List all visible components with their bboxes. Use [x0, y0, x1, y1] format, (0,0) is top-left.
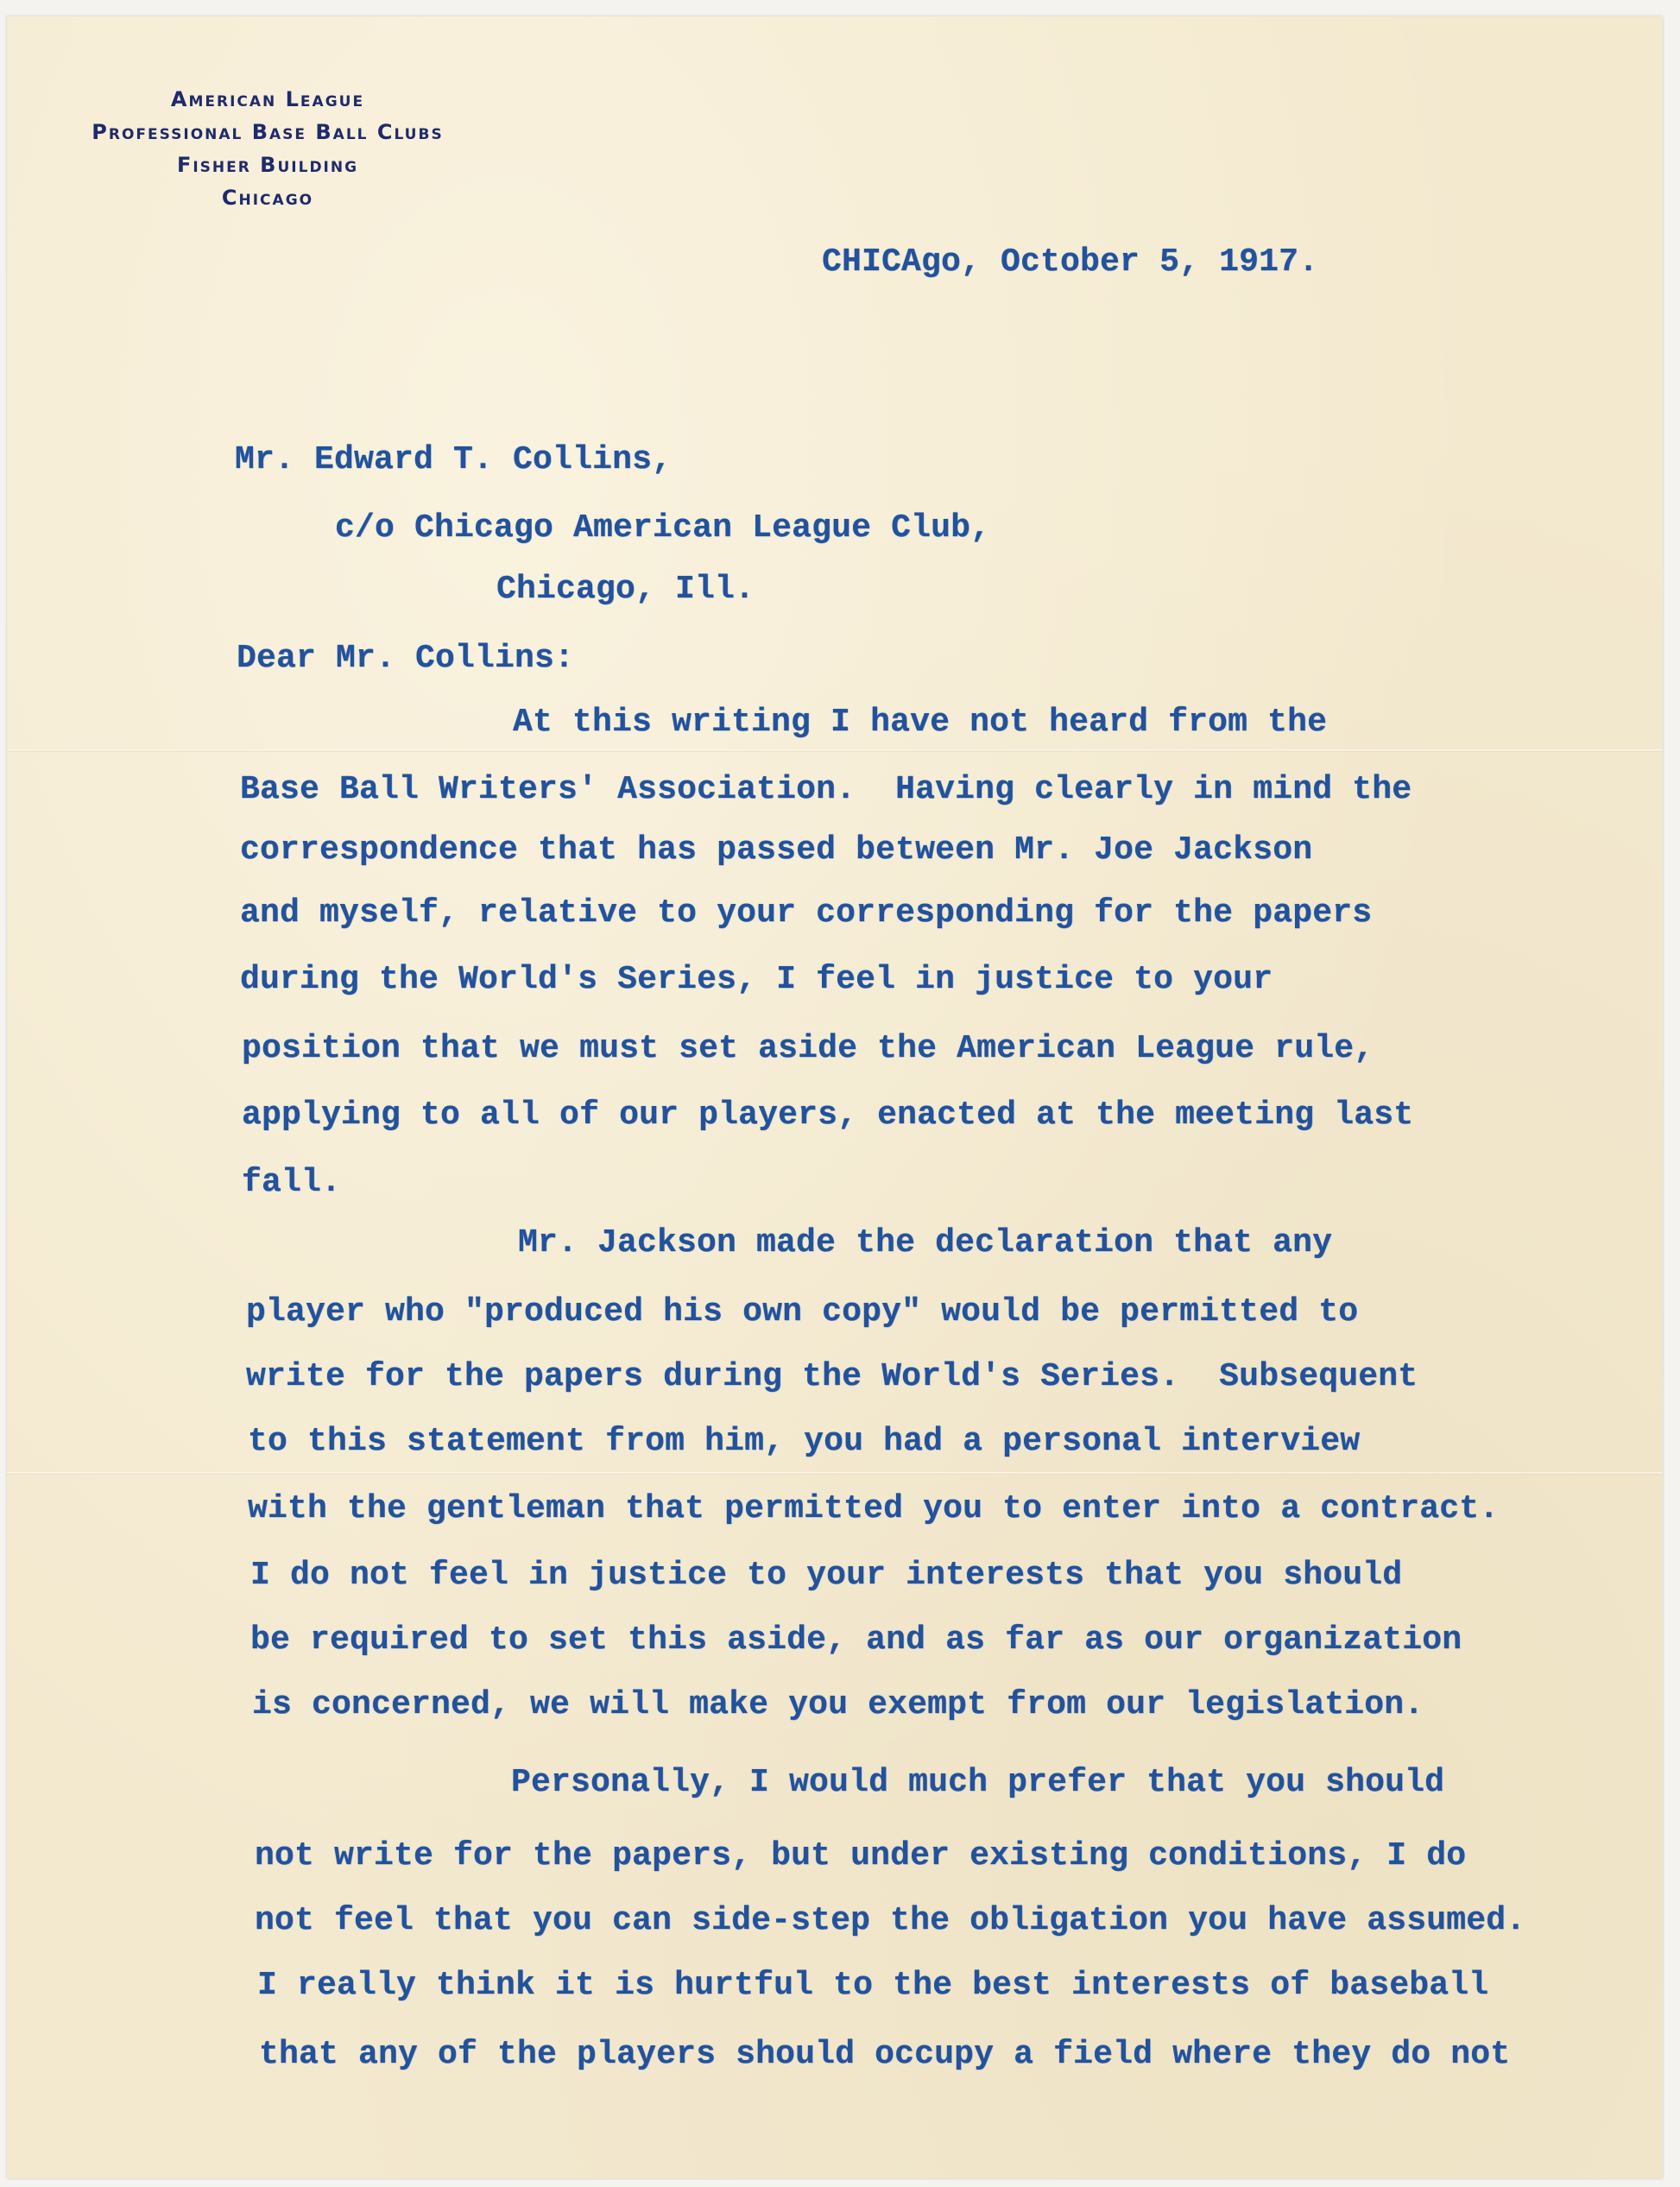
salutation: Dear Mr. Collins: — [237, 640, 574, 678]
body-line: Base Ball Writers' Association. Having c… — [240, 771, 1412, 809]
body-line: position that we must set aside the Amer… — [242, 1030, 1374, 1068]
body-line: and myself, relative to your correspondi… — [240, 894, 1372, 932]
recipient-care-of: c/o Chicago American League Club, — [335, 509, 990, 547]
letterhead-building: Fisher Building — [52, 149, 483, 181]
letterhead-subtitle: Professional Base Ball Clubs — [52, 116, 483, 149]
letterhead-organization: American League — [52, 83, 483, 116]
body-line: not feel that you can side-step the obli… — [255, 1902, 1525, 1940]
paper-fold-line — [7, 749, 1663, 752]
body-line: that any of the players should occupy a … — [259, 2036, 1510, 2074]
body-line: write for the papers during the World's … — [246, 1358, 1418, 1396]
body-line: At this writing I have not heard from th… — [513, 704, 1327, 742]
body-line: to this statement from him, you had a pe… — [248, 1423, 1360, 1461]
body-line: correspondence that has passed between M… — [240, 831, 1312, 869]
recipient-name: Mr. Edward T. Collins, — [235, 441, 672, 479]
body-line: during the World's Series, I feel in jus… — [240, 961, 1273, 999]
body-line: not write for the papers, but under exis… — [255, 1837, 1466, 1875]
body-line: be required to set this aside, and as fa… — [250, 1621, 1462, 1659]
dateline: CHICAgo, October 5, 1917. — [822, 243, 1318, 281]
recipient-city: Chicago, Ill. — [496, 571, 755, 609]
paper-fold-line — [7, 1472, 1663, 1475]
body-line: applying to all of our players, enacted … — [242, 1097, 1413, 1135]
letterhead: American League Professional Base Ball C… — [52, 83, 483, 214]
body-line: player who "produced his own copy" would… — [246, 1293, 1358, 1331]
body-line: I do not feel in justice to your interes… — [250, 1557, 1402, 1595]
body-line: fall. — [242, 1164, 341, 1202]
body-line: is concerned, we will make you exempt fr… — [252, 1686, 1424, 1724]
letterhead-city: Chicago — [52, 181, 483, 214]
body-line: I really think it is hurtful to the best… — [257, 1967, 1488, 2005]
body-line: with the gentleman that permitted you to… — [248, 1490, 1499, 1528]
body-line: Mr. Jackson made the declaration that an… — [518, 1224, 1332, 1262]
body-line: Personally, I would much prefer that you… — [511, 1764, 1444, 1802]
